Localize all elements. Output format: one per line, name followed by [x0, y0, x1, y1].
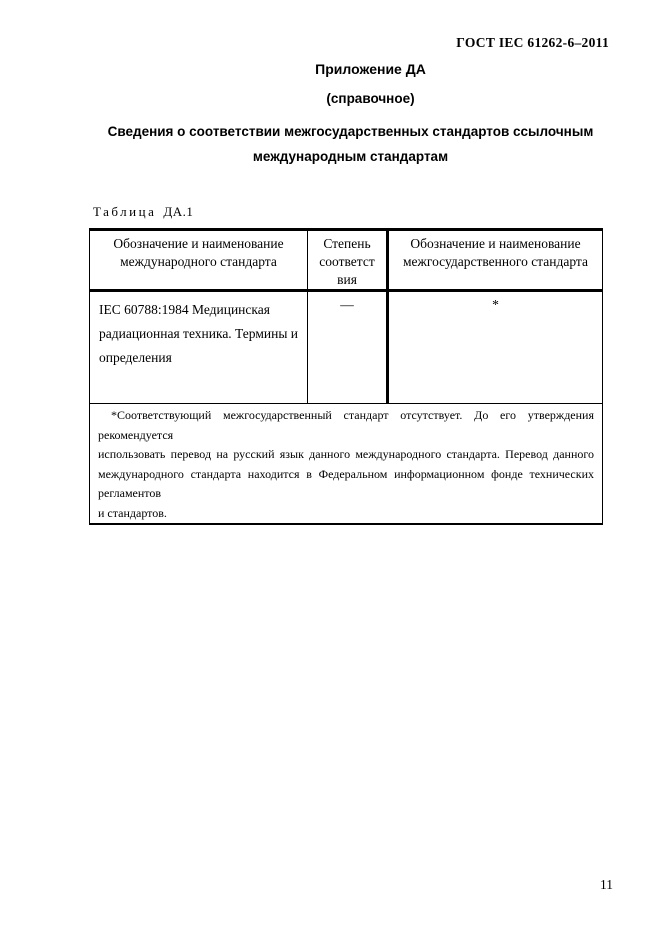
- document-page: ГОСТ IEC 61262-6–2011 Приложение ДА (спр…: [0, 0, 661, 936]
- footnote-line: *Соответствующий межгосударственный стан…: [98, 406, 594, 445]
- header-conformity-line: соответст: [312, 253, 382, 271]
- header-cell-interstate-standard: Обозначение и наименование межгосударств…: [388, 230, 603, 291]
- table-row: IEC 60788:1984 Медицинская радиационная …: [90, 291, 603, 404]
- header-cell-international-standard: Обозначение и наименование международног…: [90, 230, 308, 291]
- cell-international-standard: IEC 60788:1984 Медицинская радиационная …: [90, 291, 308, 404]
- section-title-line2: международным стандартам: [89, 144, 612, 169]
- header-conformity-line: вия: [312, 271, 382, 289]
- table-label-number: ДА.1: [163, 204, 193, 219]
- cell-interstate-standard: *: [388, 291, 603, 404]
- footnote-line: использовать перевод на русский язык дан…: [98, 445, 594, 465]
- table-label-word: Таблица: [93, 204, 156, 219]
- document-code: ГОСТ IEC 61262-6–2011: [456, 35, 609, 51]
- footnote-line: и стандартов.: [98, 504, 594, 524]
- table-footnote: *Соответствующий межгосударственный стан…: [90, 404, 603, 525]
- cell-conformity-degree: —: [308, 291, 388, 404]
- table-footnote-row: *Соответствующий межгосударственный стан…: [90, 404, 603, 525]
- table-label: ТаблицаДА.1: [93, 204, 193, 220]
- header-cell-conformity-degree: Степень соответст вия: [308, 230, 388, 291]
- appendix-subtitle: (справочное): [109, 91, 632, 106]
- section-title-line1: Сведения о соответствии межгосударственн…: [89, 119, 612, 144]
- header-conformity-line: Степень: [312, 235, 382, 253]
- footnote-line: международного стандарта находится в Фед…: [98, 465, 594, 504]
- section-title: Сведения о соответствии межгосударственн…: [89, 119, 612, 169]
- page-number: 11: [600, 877, 613, 893]
- table-header-row: Обозначение и наименование международног…: [90, 230, 603, 291]
- appendix-title: Приложение ДА: [109, 61, 632, 77]
- conformity-table: Обозначение и наименование международног…: [89, 228, 603, 525]
